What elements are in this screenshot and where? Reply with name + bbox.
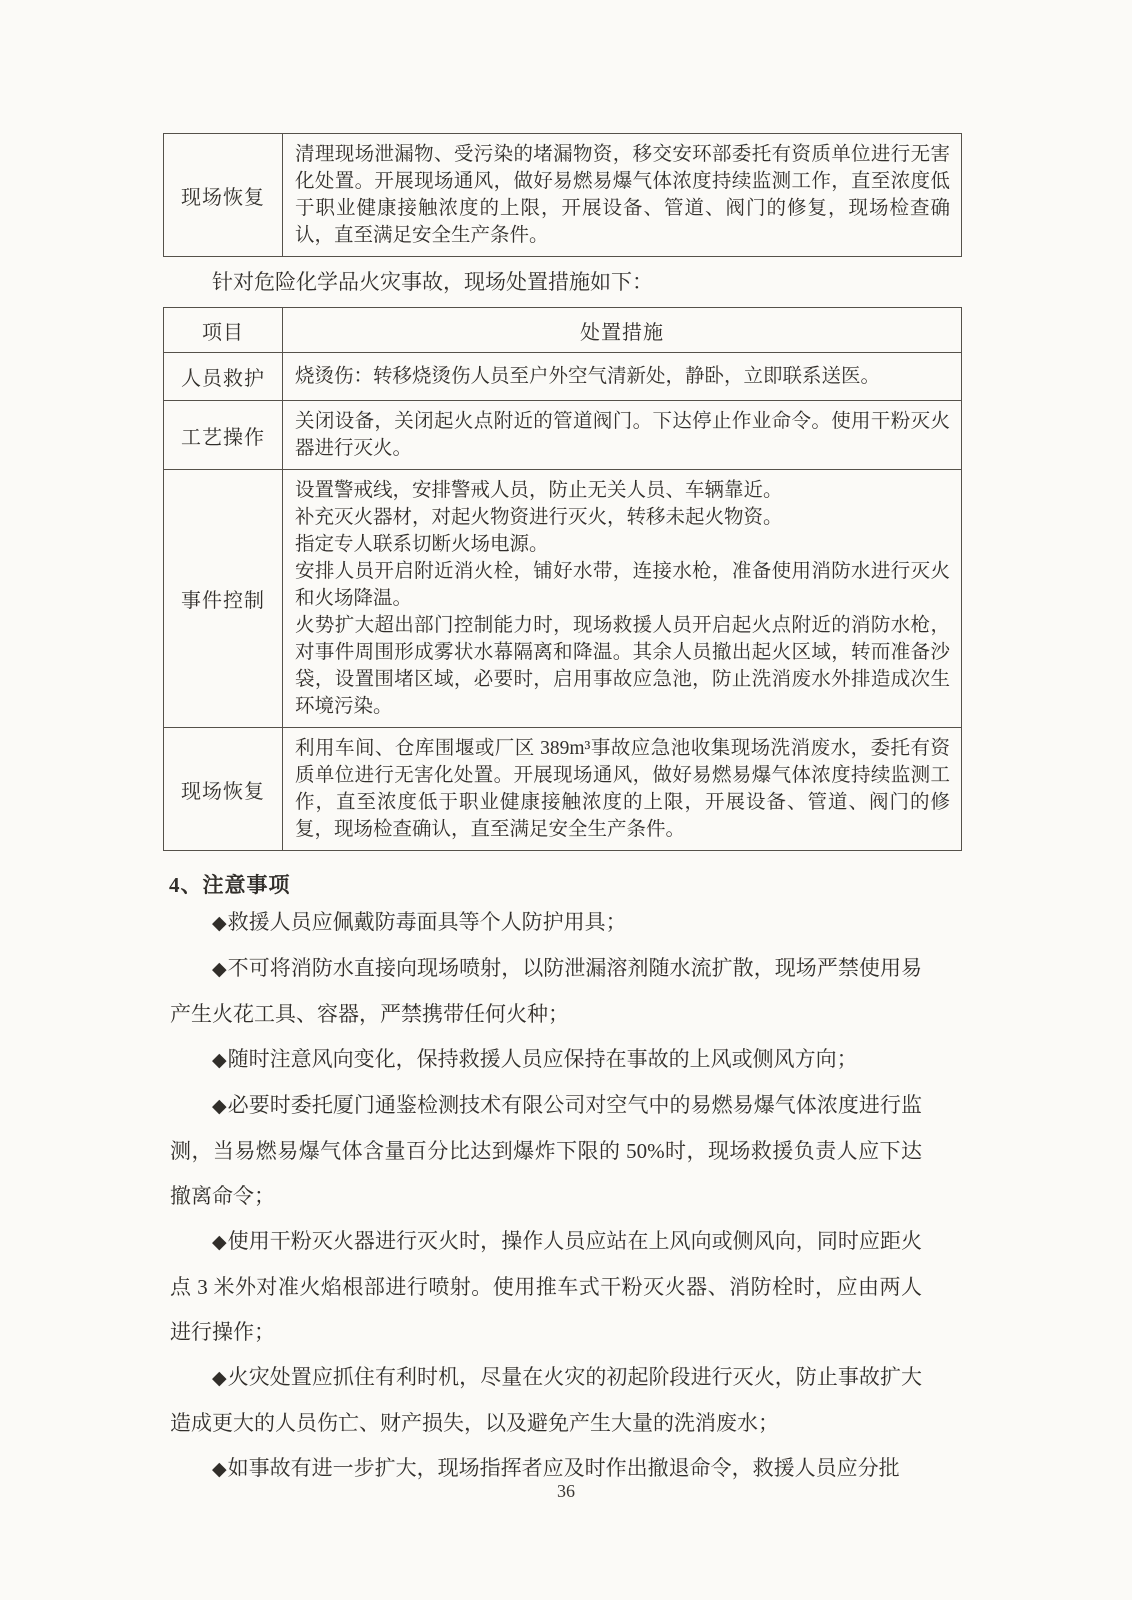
page-number: 36 xyxy=(0,1481,1132,1502)
row-item-cell: 现场恢复 xyxy=(164,728,283,851)
note-text: 随时注意风向变化，保持救援人员应保持在事故的上风或侧风方向； xyxy=(228,1047,858,1071)
section-heading: 4、注意事项 xyxy=(169,870,1132,900)
note-text: 火灾处置应抓住有利时机，尽量在火灾的初起阶段进行灭火，防止事故扩大造成更大的人员… xyxy=(170,1365,922,1435)
continuation-table: 现场恢复 清理现场泄漏物、受污染的堵漏物资，移交安环部委托有资质单位进行无害化处… xyxy=(163,133,962,257)
note-bullet: ◆不可将消防水直接向现场喷射，以防泄漏溶剂随水流扩散，现场严禁使用易产生火花工具… xyxy=(170,946,922,1037)
table-row: 事件控制 设置警戒线，安排警戒人员，防止无关人员、车辆靠近。 补充灭火器材，对起… xyxy=(164,470,962,728)
document-page: 现场恢复 清理现场泄漏物、受污染的堵漏物资，移交安环部委托有资质单位进行无害化处… xyxy=(0,0,1132,1600)
row-item-cell: 事件控制 xyxy=(164,470,283,728)
row-measure-cell: 清理现场泄漏物、受污染的堵漏物资，移交安环部委托有资质单位进行无害化处置。开展现… xyxy=(283,134,962,257)
note-text: 如事故有进一步扩大，现场指挥者应及时作出撤退命令，救援人员应分批 xyxy=(228,1456,900,1480)
note-text: 使用干粉灭火器进行灭火时，操作人员应站在上风向或侧风向，同时应距火点 3 米外对… xyxy=(170,1229,922,1344)
note-bullet: ◆救援人员应佩戴防毒面具等个人防护用具； xyxy=(170,900,922,946)
diamond-bullet-icon: ◆ xyxy=(212,1459,228,1480)
note-bullet: ◆火灾处置应抓住有利时机，尽量在火灾的初起阶段进行灭火，防止事故扩大造成更大的人… xyxy=(170,1355,922,1446)
diamond-bullet-icon: ◆ xyxy=(212,1232,228,1253)
fire-response-table: 项目 处置措施 人员救护 烧烫伤：转移烧烫伤人员至户外空气清新处，静卧，立即联系… xyxy=(163,307,962,851)
table-header-measure: 处置措施 xyxy=(283,308,962,353)
note-bullet: ◆使用干粉灭火器进行灭火时，操作人员应站在上风向或侧风向，同时应距火点 3 米外… xyxy=(170,1219,922,1355)
diamond-bullet-icon: ◆ xyxy=(212,1368,228,1389)
intro-paragraph: 针对危险化学品火灾事故，现场处置措施如下： xyxy=(170,268,940,296)
note-text: 不可将消防水直接向现场喷射，以防泄漏溶剂随水流扩散，现场严禁使用易产生火花工具、… xyxy=(170,956,922,1026)
table-row: 现场恢复 清理现场泄漏物、受污染的堵漏物资，移交安环部委托有资质单位进行无害化处… xyxy=(164,134,962,257)
table-row: 工艺操作 关闭设备，关闭起火点附近的管道阀门。下达停止作业命令。使用干粉灭火器进… xyxy=(164,401,962,470)
row-measure-cell: 烧烫伤：转移烧烫伤人员至户外空气清新处，静卧，立即联系送医。 xyxy=(283,353,962,401)
row-measure-cell: 设置警戒线，安排警戒人员，防止无关人员、车辆靠近。 补充灭火器材，对起火物资进行… xyxy=(283,470,962,728)
diamond-bullet-icon: ◆ xyxy=(212,1050,228,1071)
note-bullet: ◆必要时委托厦门通鉴检测技术有限公司对空气中的易燃易爆气体浓度进行监测，当易燃易… xyxy=(170,1083,922,1219)
note-text: 救援人员应佩戴防毒面具等个人防护用具； xyxy=(228,910,627,934)
table-row: 人员救护 烧烫伤：转移烧烫伤人员至户外空气清新处，静卧，立即联系送医。 xyxy=(164,353,962,401)
table-header-item: 项目 xyxy=(164,308,283,353)
row-measure-cell: 关闭设备，关闭起火点附近的管道阀门。下达停止作业命令。使用干粉灭火器进行灭火。 xyxy=(283,401,962,470)
diamond-bullet-icon: ◆ xyxy=(212,959,228,980)
row-item-cell: 工艺操作 xyxy=(164,401,283,470)
row-measure-cell: 利用车间、仓库围堰或厂区 389m³事故应急池收集现场洗消废水，委托有资质单位进… xyxy=(283,728,962,851)
table-header-row: 项目 处置措施 xyxy=(164,308,962,353)
note-bullet: ◆随时注意风向变化，保持救援人员应保持在事故的上风或侧风方向； xyxy=(170,1037,922,1083)
diamond-bullet-icon: ◆ xyxy=(212,1096,228,1117)
row-item-cell: 现场恢复 xyxy=(164,134,283,257)
note-text: 必要时委托厦门通鉴检测技术有限公司对空气中的易燃易爆气体浓度进行监测，当易燃易爆… xyxy=(170,1093,922,1208)
diamond-bullet-icon: ◆ xyxy=(212,913,228,934)
row-item-cell: 人员救护 xyxy=(164,353,283,401)
table-row: 现场恢复 利用车间、仓库围堰或厂区 389m³事故应急池收集现场洗消废水，委托有… xyxy=(164,728,962,851)
